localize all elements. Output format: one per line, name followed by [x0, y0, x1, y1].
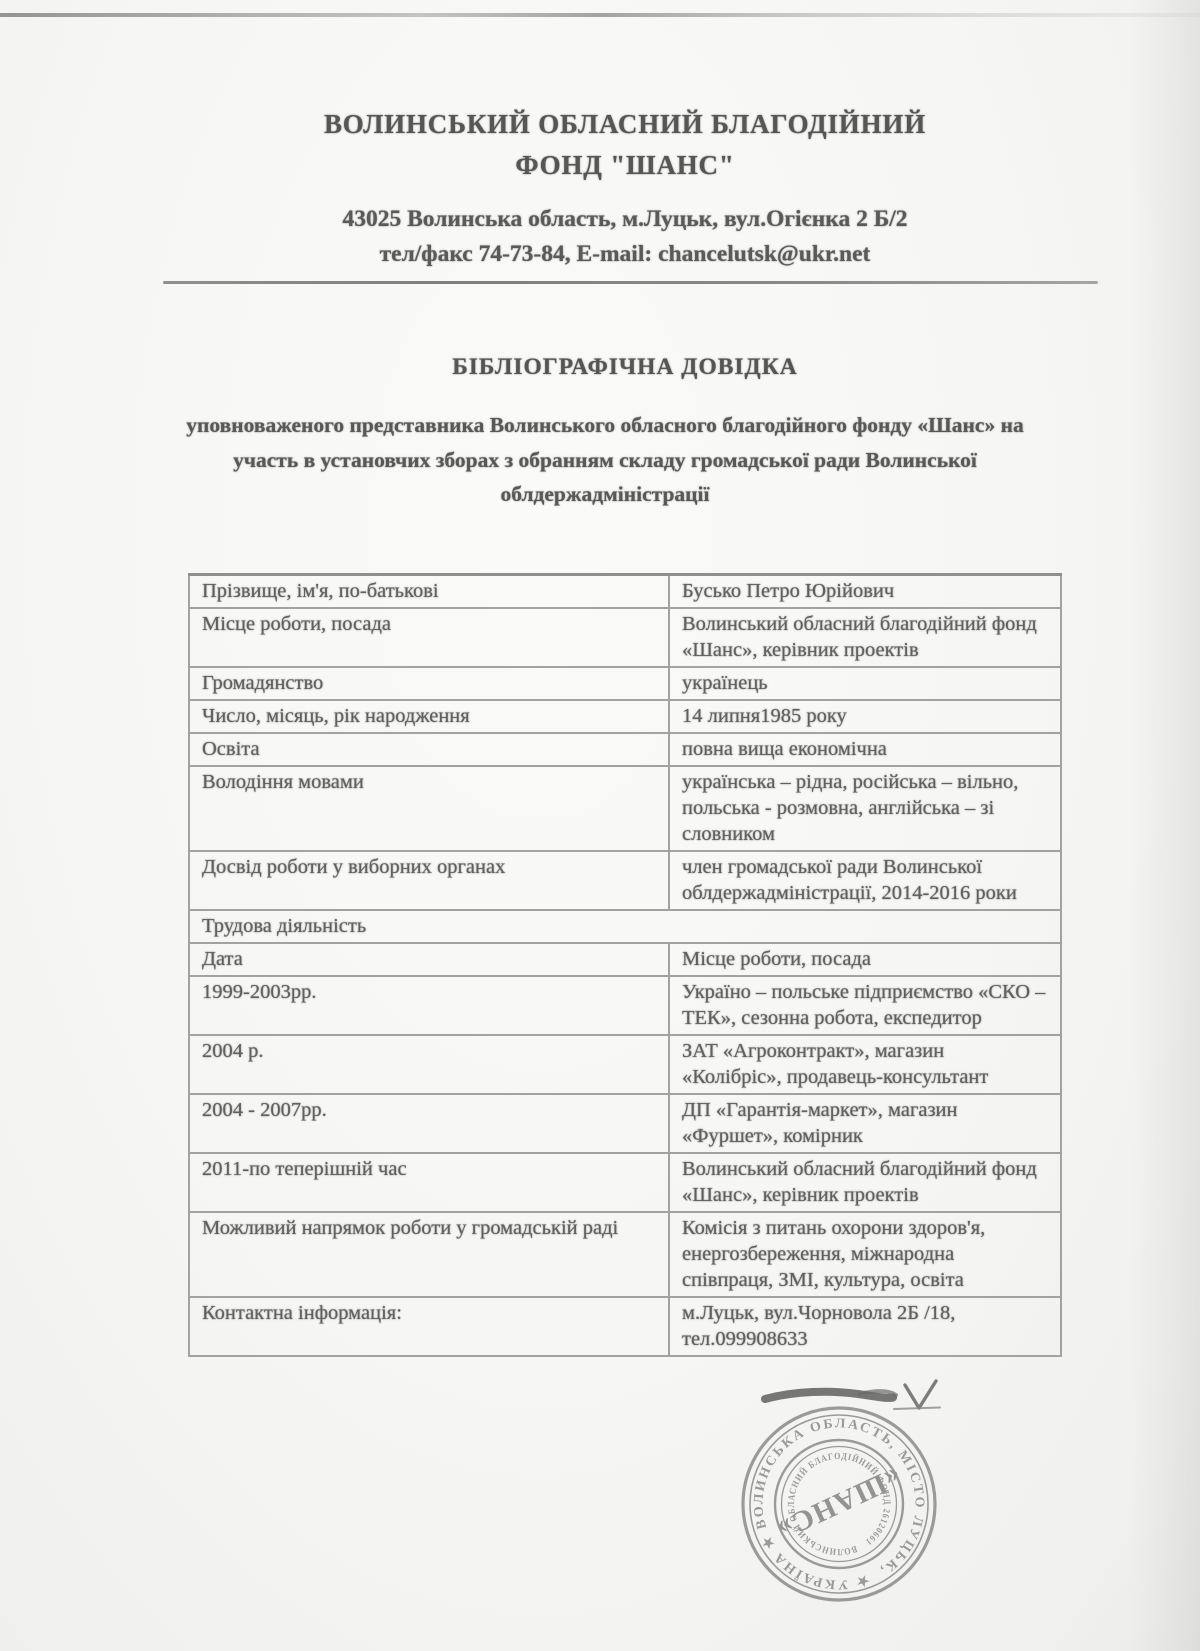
table-row: 1999-2003рр. Україно – польське підприєм… [189, 976, 1061, 1035]
table-row: Число, місяць, рік народження 14 липня19… [189, 700, 1061, 733]
work-col-date-header: Дата [189, 943, 669, 976]
table-row: Володіння мовами українська – рідна, рос… [189, 766, 1061, 851]
table-row: Прізвище, ім'я, по-батькові Бусько Петро… [189, 575, 1061, 609]
contact-label: Контактна інформація: [189, 1297, 669, 1356]
bio-value: українська – рідна, російська – вільно, … [669, 766, 1061, 851]
bio-label: Досвід роботи у виборних органах [189, 851, 669, 910]
header-divider-rule [163, 281, 1098, 284]
work-place: ДП «Гарантія-маркет», магазин «Фуршет», … [669, 1094, 1061, 1153]
bio-label: Прізвище, ім'я, по-батькові [189, 575, 669, 609]
table-row: Громадянство українець [189, 667, 1061, 700]
bio-value: українець [669, 667, 1061, 700]
work-section-title: Трудова діяльність [189, 910, 1061, 943]
work-date: 2004 р. [189, 1035, 669, 1094]
address-line1: 43025 Волинська область, м.Луцьк, вул.Ог… [60, 202, 1190, 237]
document-subtitle: уповноваженого представника Волинського … [175, 408, 1035, 512]
scan-edge-artifact [0, 13, 1200, 17]
table-row: Контактна інформація: м.Луцьк, вул.Чорно… [189, 1297, 1061, 1356]
work-place: Волинський обласний благодійний фонд «Ша… [669, 1153, 1061, 1212]
work-date: Можливий напрямок роботи у громадській р… [189, 1212, 669, 1297]
bio-label: Громадянство [189, 667, 669, 700]
work-date: 1999-2003рр. [189, 976, 669, 1035]
table-row: Місце роботи, посада Волинський обласний… [189, 608, 1061, 667]
table-row: 2004 р. ЗАТ «Агроконтракт», магазин «Кол… [189, 1035, 1061, 1094]
table-row: Досвід роботи у виборних органах член гр… [189, 851, 1061, 910]
bio-label: Місце роботи, посада [189, 608, 669, 667]
bio-value: 14 липня1985 року [669, 700, 1061, 733]
bio-value: повна вища економічна [669, 733, 1061, 766]
org-name-line1: ВОЛИНСЬКИЙ ОБЛАСНИЙ БЛАГОДІЙНИЙ [60, 104, 1190, 145]
org-name-line2: ФОНД "ШАНС" [60, 145, 1190, 186]
document-title: БІБЛІОГРАФІЧНА ДОВІДКА [60, 354, 1190, 381]
scanned-document-page: ВОЛИНСЬКИЙ ОБЛАСНИЙ БЛАГОДІЙНИЙ ФОНД "ША… [0, 0, 1200, 1651]
table-row: 2011-по теперішній час Волинський обласн… [189, 1153, 1061, 1212]
work-place: Україно – польське підприємство «СКО – Т… [669, 976, 1061, 1035]
contact-value: м.Луцьк, вул.Чорновола 2Б /18, тел.09990… [669, 1297, 1061, 1356]
biography-table: Прізвище, ім'я, по-батькові Бусько Петро… [188, 573, 1062, 1357]
bio-label: Освіта [189, 733, 669, 766]
address-line2: тел/факс 74-73-84, E-mail: chancelutsk@u… [60, 237, 1190, 272]
bio-value: член громадської ради Волинської облдерж… [669, 851, 1061, 910]
organization-header: ВОЛИНСЬКИЙ ОБЛАСНИЙ БЛАГОДІЙНИЙ ФОНД "ША… [60, 104, 1190, 186]
work-place: ЗАТ «Агроконтракт», магазин «Колібріс», … [669, 1035, 1061, 1094]
table-row: Можливий напрямок роботи у громадській р… [189, 1212, 1061, 1297]
bio-value: Волинський обласний благодійний фонд «Ша… [669, 608, 1061, 667]
bio-label: Число, місяць, рік народження [189, 700, 669, 733]
work-date: 2004 - 2007рр. [189, 1094, 669, 1153]
table-section-row: Трудова діяльність [189, 910, 1061, 943]
work-place: Комісія з питань охорони здоров'я, енерг… [669, 1212, 1061, 1297]
table-header-row: Дата Місце роботи, посада [189, 943, 1061, 976]
table-row: 2004 - 2007рр. ДП «Гарантія-маркет», маг… [189, 1094, 1061, 1153]
work-col-place-header: Місце роботи, посада [669, 943, 1061, 976]
work-date: 2011-по теперішній час [189, 1153, 669, 1212]
bio-value: Бусько Петро Юрійович [669, 575, 1061, 609]
signature-mark [740, 1350, 1000, 1430]
organization-address: 43025 Волинська область, м.Луцьк, вул.Ог… [60, 202, 1190, 272]
table-row: Освіта повна вища економічна [189, 733, 1061, 766]
bio-label: Володіння мовами [189, 766, 669, 851]
signature-strokes [740, 1350, 1000, 1430]
